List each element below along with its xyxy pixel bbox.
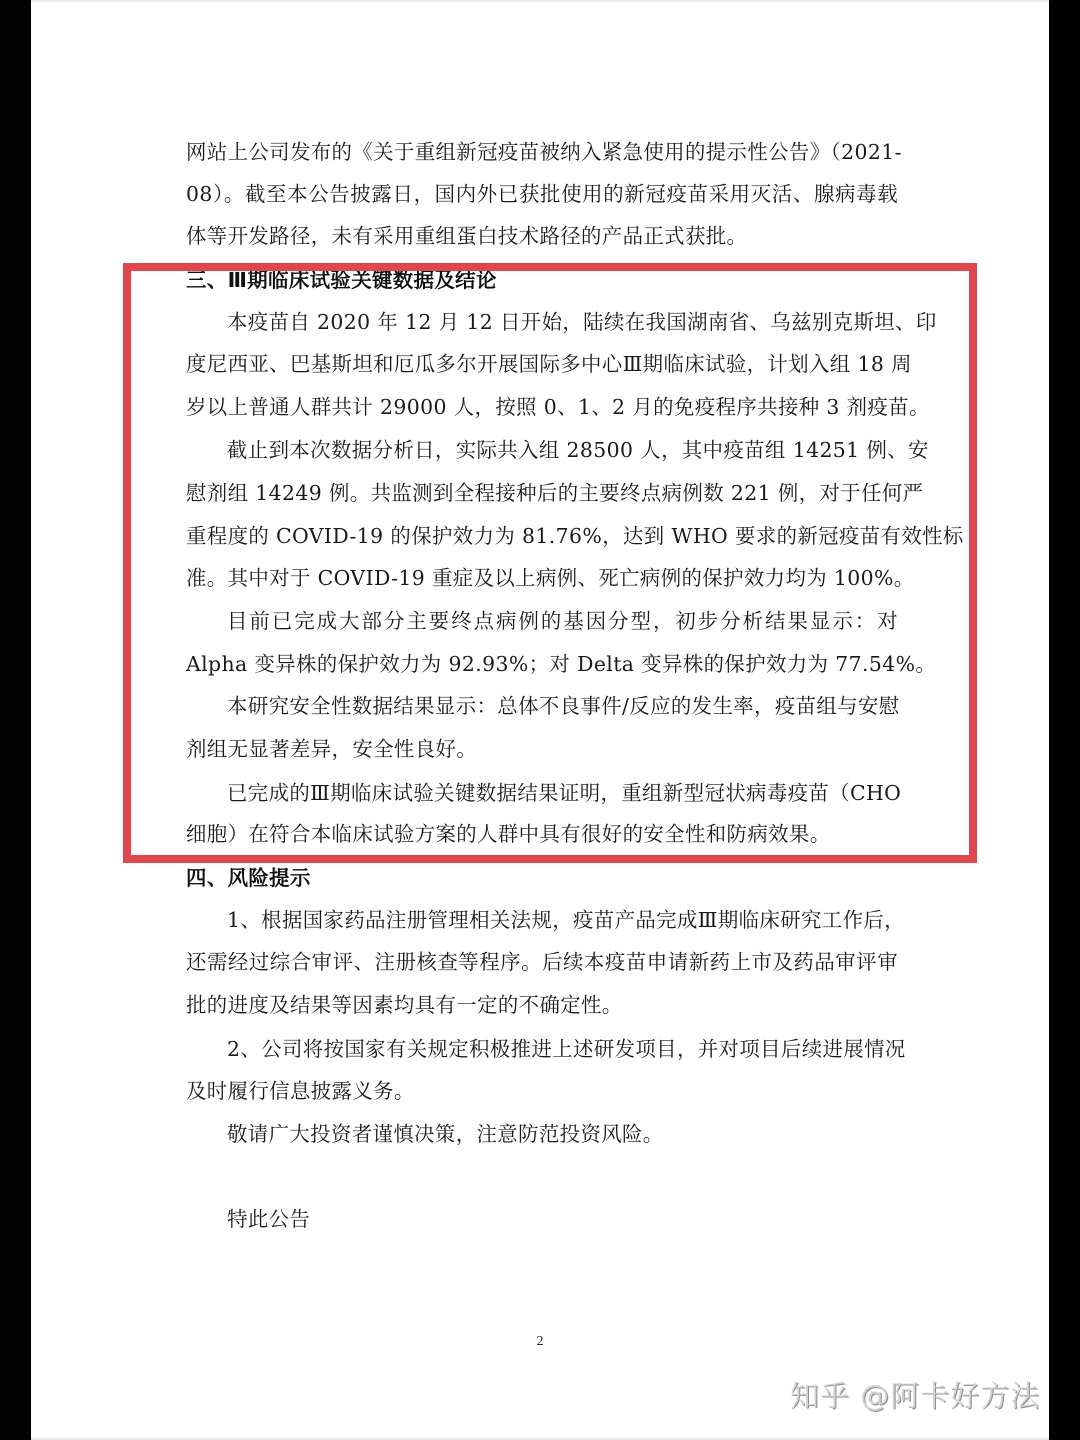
s3-p2-line-1: 截止到本次数据分析日，实际共入组 28500 人，其中疫苗组 14251 例、安	[227, 436, 898, 464]
s3-p2-line-2: 慰剂组 14249 例。共监测到全程接种后的主要终点病例数 221 例，对于任何…	[186, 479, 898, 507]
s3-p2-line-4: 准。其中对于 COVID-19 重症及以上病例、死亡病例的保护效力均为 100%…	[186, 564, 898, 592]
s3-p2-line-3: 重程度的 COVID-19 的保护效力为 81.76%，达到 WHO 要求的新冠…	[186, 522, 898, 550]
s3-p4-line-2: 剂组无显著差异，安全性良好。	[186, 735, 898, 763]
s3-p1-line-3: 岁以上普通人群共计 29000 人，按照 0、1、2 月的免疫程序共接种 3 剂…	[186, 393, 898, 421]
s4-p2-line-1: 2、公司将按国家有关规定积极推进上述研发项目，并对项目后续进展情况	[227, 1035, 898, 1063]
closing-statement: 特此公告	[227, 1205, 898, 1233]
s3-p5-line-1: 已完成的Ⅲ期临床试验关键数据结果证明，重组新型冠状病毒疫苗（CHO	[227, 779, 898, 807]
intro-line-1: 网站上公司发布的《关于重组新冠疫苗被纳入紧急使用的提示性公告》（2021-	[186, 138, 898, 166]
s3-p4-line-1: 本研究安全性数据结果显示：总体不良事件/反应的发生率，疫苗组与安慰	[227, 692, 898, 720]
zhihu-watermark: 知乎 @阿卡好方法	[790, 1374, 1040, 1415]
intro-line-2: 08）。截至本公告披露日，国内外已获批使用的新冠疫苗采用灭活、腺病毒载	[186, 180, 898, 208]
s4-p1-line-1: 1、根据国家药品注册管理相关法规，疫苗产品完成Ⅲ期临床研究工作后，	[227, 906, 898, 934]
s4-p1-line-3: 批的进度及结果等因素均具有一定的不确定性。	[186, 991, 898, 1019]
closing-warning: 敬请广大投资者谨慎决策，注意防范投资风险。	[227, 1120, 898, 1148]
page-number: 2	[0, 1334, 1080, 1350]
s3-p1-line-1: 本疫苗自 2020 年 12 月 12 日开始，陆续在我国湖南省、乌兹别克斯坦、…	[227, 308, 898, 336]
s4-p1-line-2: 还需经过综合审评、注册核查等程序。后续本疫苗申请新药上市及药品审评审	[186, 948, 898, 976]
s3-p5-line-2: 细胞）在符合本临床试验方案的人群中具有很好的安全性和防病效果。	[186, 820, 898, 848]
intro-line-3: 体等开发路径，未有采用重组蛋白技术路径的产品正式获批。	[186, 222, 898, 250]
s3-p3-line-2: Alpha 变异株的保护效力为 92.93%；对 Delta 变异株的保护效力为…	[186, 650, 898, 678]
right-black-border	[1049, 0, 1080, 1440]
s3-p1-line-2: 度尼西亚、巴基斯坦和厄瓜多尔开展国际多中心Ⅲ期临床试验，计划入组 18 周	[186, 350, 898, 378]
s3-p3-line-1: 目前已完成大部分主要终点病例的基因分型，初步分析结果显示：对	[227, 607, 898, 635]
left-black-border	[0, 0, 31, 1440]
section-4-heading: 四、风险提示	[186, 864, 898, 892]
section-3-heading: 三、Ⅲ期临床试验关键数据及结论	[186, 266, 898, 294]
s4-p2-line-2: 及时履行信息披露义务。	[186, 1077, 898, 1105]
